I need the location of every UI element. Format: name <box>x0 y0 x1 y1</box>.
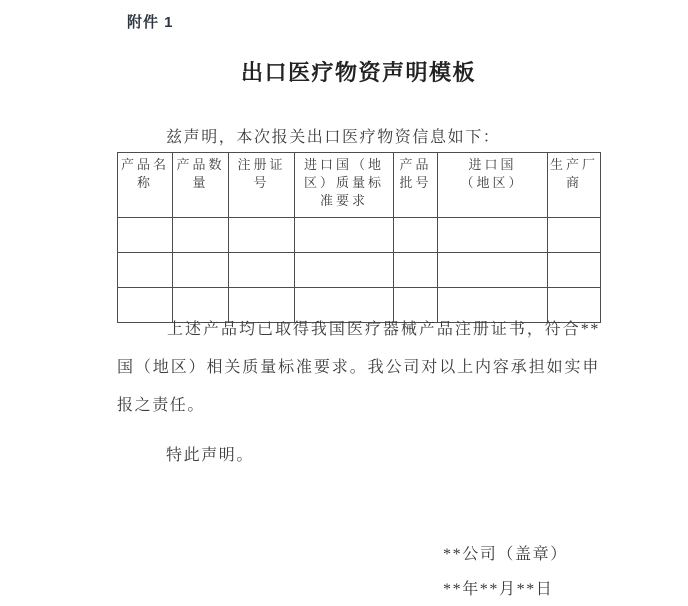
col-header-label: 进口国（地区） <box>460 156 526 192</box>
table-cell <box>118 253 173 288</box>
col-header-label: 生产厂商 <box>550 156 598 192</box>
table-cell <box>173 218 229 253</box>
table-cell <box>229 253 295 288</box>
table-cell <box>548 218 601 253</box>
page-title: 出口医疗物资声明模板 <box>117 56 600 87</box>
col-header-label: 产品名称 <box>121 156 169 192</box>
goods-table: 产品名称 产品数量 注册证号 进口国（地区）质量标准要求 产品批号 进口国（地区… <box>117 152 601 323</box>
col-header-import-country: 进口国（地区） <box>438 153 548 218</box>
closing-statement: 特此声明。 <box>117 442 600 465</box>
col-header-manufacturer: 生产厂商 <box>548 153 601 218</box>
table-cell <box>173 253 229 288</box>
col-header-product-name: 产品名称 <box>118 153 173 218</box>
table-cell <box>394 253 438 288</box>
table-cell <box>295 253 394 288</box>
table-header-row: 产品名称 产品数量 注册证号 进口国（地区）质量标准要求 产品批号 进口国（地区… <box>118 153 601 218</box>
table-cell <box>295 218 394 253</box>
col-header-batch-no: 产品批号 <box>394 153 438 218</box>
table-cell <box>438 253 548 288</box>
declaration-paragraph: 上述产品均已取得我国医疗器械产品注册证书，符合**国（地区）相关质量标准要求。我… <box>117 311 600 425</box>
attachment-label: 附件 1 <box>127 11 174 32</box>
col-header-product-quantity: 产品数量 <box>173 153 229 218</box>
intro-paragraph: 兹声明，本次报关出口医疗物资信息如下： <box>117 127 600 149</box>
col-header-import-quality-standard: 进口国（地区）质量标准要求 <box>295 153 394 218</box>
signature-company-line: **公司（盖章） <box>443 541 568 564</box>
col-header-label: 注册证号 <box>238 156 286 192</box>
table-cell <box>394 218 438 253</box>
col-header-label: 产品批号 <box>396 156 435 192</box>
table-cell <box>548 253 601 288</box>
col-header-label: 进口国（地区）质量标准要求 <box>297 156 391 210</box>
signature-date-line: **年**月**日 <box>443 576 553 599</box>
table-cell <box>438 218 548 253</box>
document-page: 附件 1 出口医疗物资声明模板 兹声明，本次报关出口医疗物资信息如下： 产品名称… <box>0 0 688 606</box>
table-row <box>118 218 601 253</box>
table-row <box>118 253 601 288</box>
table-cell <box>118 218 173 253</box>
table-cell <box>229 218 295 253</box>
col-header-label: 产品数量 <box>177 156 225 192</box>
col-header-registration-no: 注册证号 <box>229 153 295 218</box>
